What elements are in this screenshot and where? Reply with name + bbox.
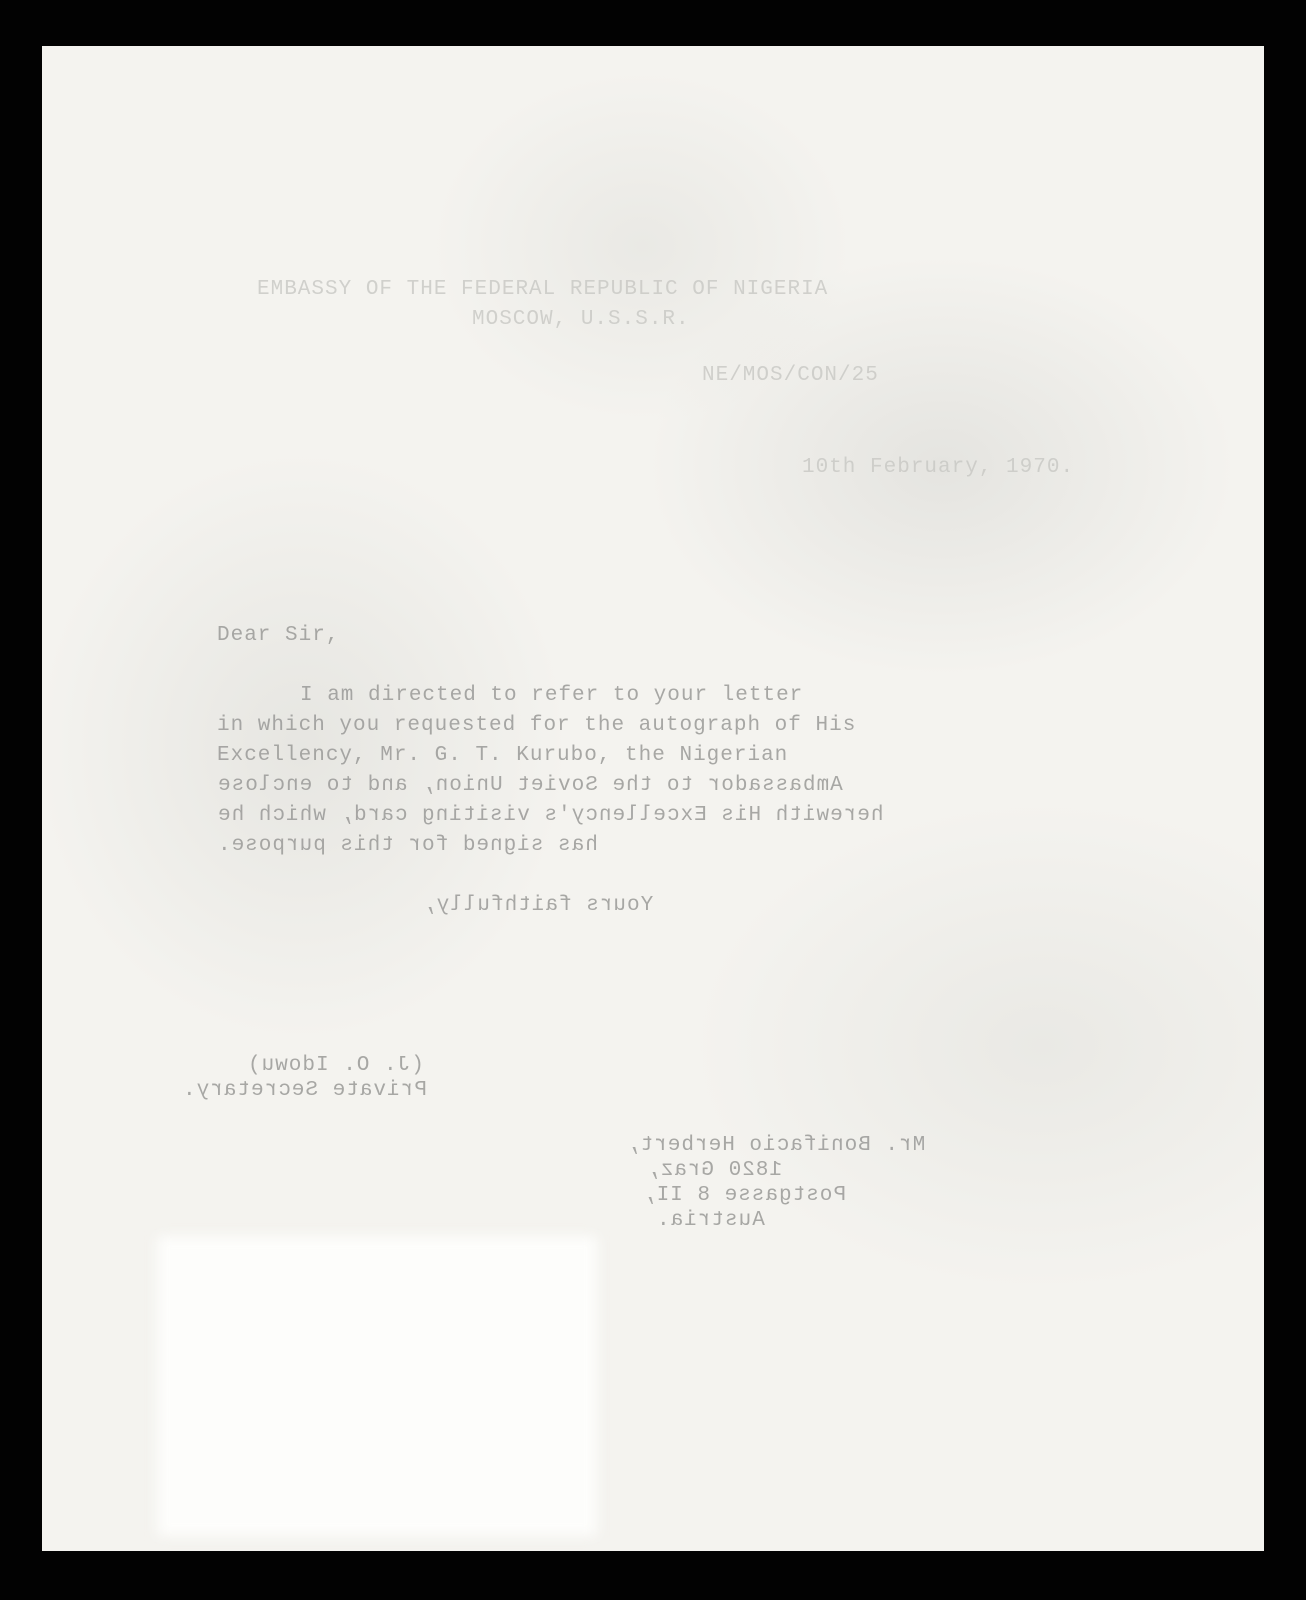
recipient-line: Postgasse 8 II,: [642, 1184, 846, 1207]
body-line: I am directed to refer to your letter: [300, 684, 803, 707]
body-line: has signed for this purpose.: [217, 834, 598, 857]
body-line: herewith His Excellency's visiting card,…: [217, 804, 884, 827]
signatory-name: (J. O. Idowu): [247, 1054, 424, 1077]
body-line: Excellency, Mr. G. T. Kurubo, the Nigeri…: [217, 744, 788, 767]
blank-patch: [157, 1236, 597, 1536]
salutation: Dear Sir,: [217, 624, 339, 647]
body-line: Ambassador to the Soviet Union, and to e…: [217, 774, 843, 797]
closing: Yours faithfully,: [422, 894, 653, 917]
signatory-title: Private Secretary.: [182, 1079, 427, 1102]
letterhead-line1: EMBASSY OF THE FEDERAL REPUBLIC OF NIGER…: [257, 278, 828, 301]
document-page: EMBASSY OF THE FEDERAL REPUBLIC OF NIGER…: [42, 46, 1264, 1551]
reference-number: NE/MOS/CON/25: [702, 364, 879, 387]
recipient-line: Mr. Bonifacio Herbert,: [626, 1134, 925, 1157]
letterhead-line2: MOSCOW, U.S.S.R.: [472, 308, 690, 331]
recipient-line: 1820 Graz,: [646, 1159, 782, 1182]
body-line: in which you requested for the autograph…: [217, 714, 856, 737]
recipient-line: Austria.: [656, 1209, 765, 1232]
letter-date: 10th February, 1970.: [802, 456, 1074, 479]
